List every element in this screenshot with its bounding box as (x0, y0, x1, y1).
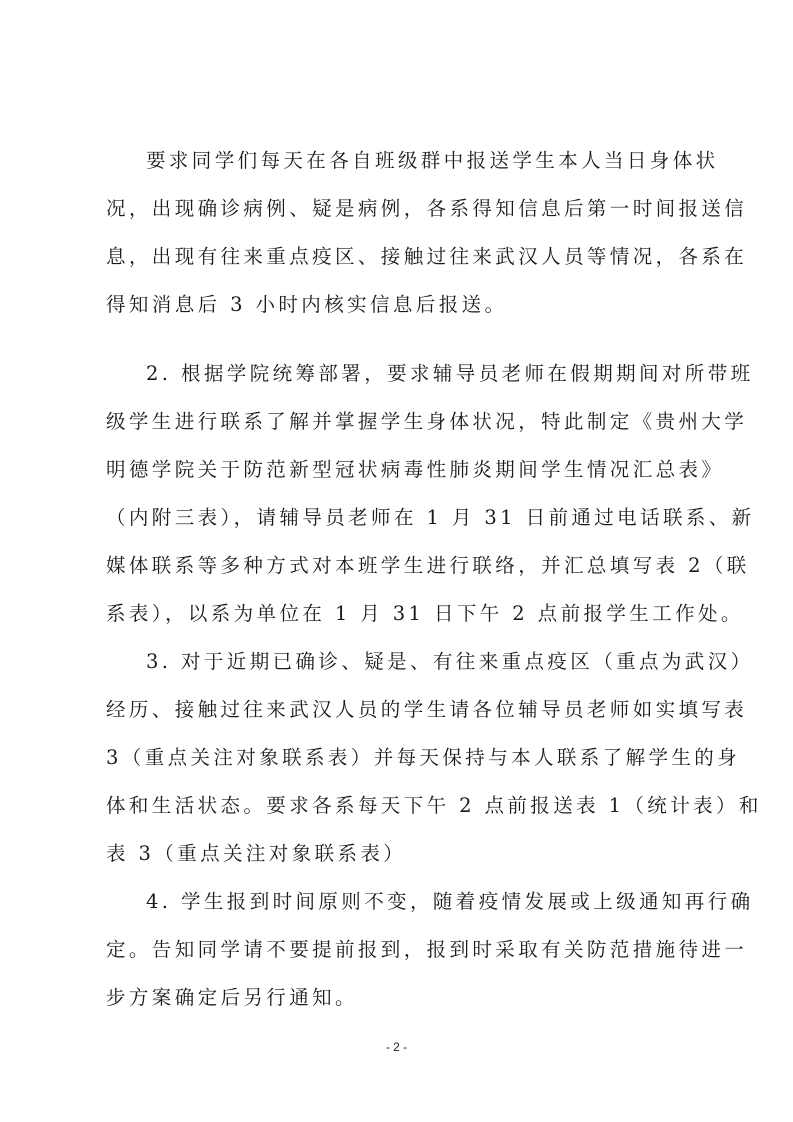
text-line: （内附三表），请辅导员老师在 1 月 31 日前通过电话联系、新 (106, 507, 696, 529)
text-line: 定。告知同学请不要提前报到，报到时采取有关防范措施待进一 (106, 939, 696, 961)
text-line: 系表），以系为单位在 1 月 31 日下午 2 点前报学生工作处。 (106, 603, 696, 625)
text-line: 得知消息后 3 小时内核实信息后报送。 (106, 294, 696, 316)
page-number: - 2 - (0, 1040, 793, 1054)
text-line: 媒体联系等多种方式对本班学生进行联络，并汇总填写表 2（联 (106, 555, 696, 577)
text-line: 2. 根据学院统筹部署，要求辅导员老师在假期期间对所带班 (146, 363, 736, 385)
text-line: 况，出现确诊病例、疑是病例，各系得知信息后第一时间报送信 (106, 198, 696, 220)
text-line: 体和生活状态。要求各系每天下午 2 点前报送表 1（统计表）和 (106, 795, 696, 817)
text-line: 级学生进行联系了解并掌握学生身体状况，特此制定《贵州大学 (106, 411, 696, 433)
text-line: 4. 学生报到时间原则不变，随着疫情发展或上级通知再行确 (146, 891, 736, 913)
text-line: 3. 对于近期已确诊、疑是、有往来重点疫区（重点为武汉） (146, 651, 736, 673)
text-line: 经历、接触过往来武汉人员的学生请各位辅导员老师如实填写表 (106, 699, 696, 721)
text-line: 步方案确定后另行通知。 (106, 987, 696, 1009)
text-line: 3（重点关注对象联系表）并每天保持与本人联系了解学生的身 (106, 747, 696, 769)
text-line: 要求同学们每天在各自班级群中报送学生本人当日身体状 (146, 150, 736, 172)
text-line: 明德学院关于防范新型冠状病毒性肺炎期间学生情况汇总表》 (106, 459, 696, 481)
text-line: 息，出现有往来重点疫区、接触过往来武汉人员等情况，各系在 (106, 246, 696, 268)
document-page: 要求同学们每天在各自班级群中报送学生本人当日身体状 况，出现确诊病例、疑是病例，… (0, 0, 793, 1122)
text-line: 表 3（重点关注对象联系表） (106, 843, 696, 865)
